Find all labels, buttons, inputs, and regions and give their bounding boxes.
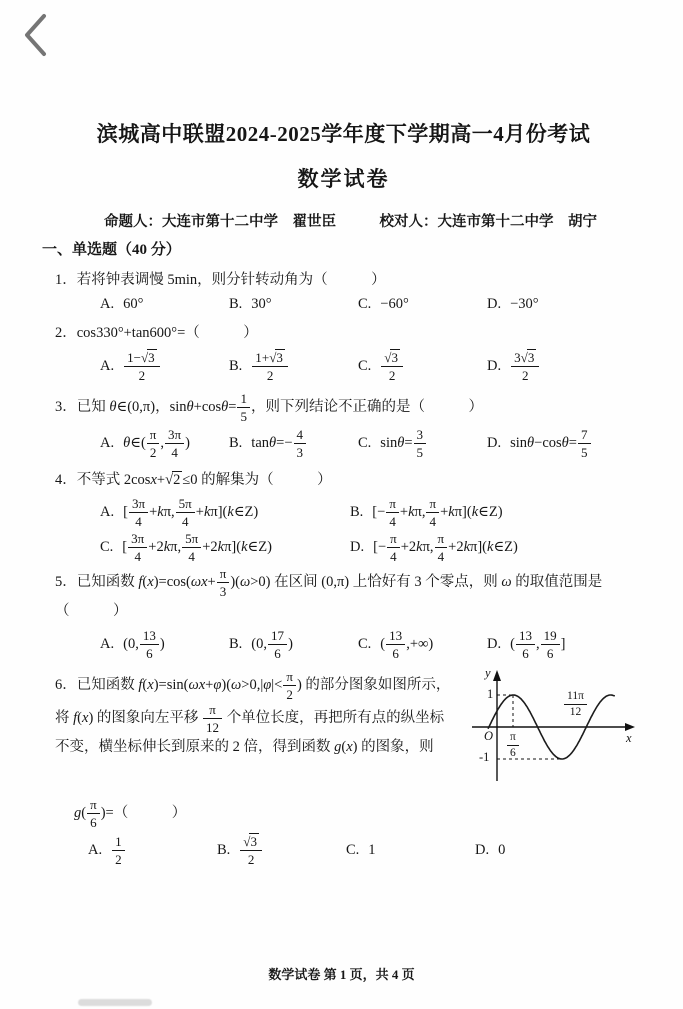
graph-y-axis-label: y <box>485 667 491 680</box>
option-value: √32 <box>380 350 404 383</box>
options-row: A.(0,136) B.(0,176) C.(136,+∞) D.(136,19… <box>44 628 643 661</box>
option-value: (136,196] <box>510 628 565 661</box>
graph-peak-x-label: π6 <box>506 731 520 760</box>
option-label: D. <box>487 296 501 313</box>
option-label: B. <box>350 504 363 521</box>
option: B.√32 <box>217 834 346 867</box>
option: A.θ∈(π2,3π4) <box>100 427 229 460</box>
option-label: B. <box>217 842 230 859</box>
option-label: C. <box>100 539 113 556</box>
option-value: 60° <box>123 296 143 313</box>
option: A.(0,136) <box>100 628 229 661</box>
option: D.sinθ−cosθ=75 <box>487 427 592 460</box>
option-label: A. <box>100 636 114 653</box>
option: A.60° <box>100 296 229 313</box>
screen: { "chrome": { "back_icon": "chevron-left… <box>0 0 683 1009</box>
option-value: θ∈(π2,3π4) <box>123 427 190 460</box>
option-label: D. <box>350 539 364 556</box>
options-row: A.θ∈(π2,3π4) B.tanθ=−43 C.sinθ=35 D.sinθ… <box>44 427 643 460</box>
chevron-left-icon <box>20 12 50 58</box>
option: A.[3π4+kπ,5π4+kπ](k∈Z) <box>100 496 350 529</box>
option-label: C. <box>358 296 371 313</box>
question-6: y x O 1 -1 π6 11π12 6．已知函数 f(x)=sin(ωx+φ… <box>44 669 643 867</box>
option: C.(136,+∞) <box>358 628 487 661</box>
option-value: 1+√32 <box>251 350 289 383</box>
question-equation: g(π6)=（ ） <box>44 797 643 830</box>
option-value: tanθ=−43 <box>251 427 307 460</box>
option-value: √32 <box>239 834 263 867</box>
option-value: sinθ=35 <box>380 427 427 460</box>
section-heading: 一、单选题（40 分） <box>42 238 643 259</box>
option: C.√32 <box>358 350 487 383</box>
exam-title: 滨城高中联盟2024-2025学年度下学期高一4月份考试 <box>44 118 643 148</box>
option-value: 3√32 <box>510 350 540 383</box>
question-4: 4．不等式 2cosx+√2≤0 的解集为（ ） A.[3π4+kπ,5π4+k… <box>44 468 643 564</box>
option-value: 0 <box>498 842 505 859</box>
question-text: 5．已知函数 f(x)=cos(ωx+π3)(ω>0) 在区间 (0,π) 上恰… <box>44 566 643 624</box>
option-value: [3π4+kπ,5π4+kπ](k∈Z) <box>123 496 258 529</box>
option-value: [−π4+2kπ,π4+2kπ](k∈Z) <box>373 531 518 564</box>
graph-x-axis-label: x <box>626 732 632 745</box>
option-label: B. <box>229 636 242 653</box>
options-row: A.12 B.√32 C.1 D.0 <box>44 834 643 867</box>
option-value: [3π4+2kπ,5π4+2kπ](k∈Z) <box>122 531 272 564</box>
option-label: C. <box>358 636 371 653</box>
scan-edge-artifact <box>78 999 152 1006</box>
option-label: A. <box>100 435 114 452</box>
graph-ymax-tick: 1 <box>487 688 493 701</box>
option: C.sinθ=35 <box>358 427 487 460</box>
question-text: 3．已知 θ∈(0,π)，sinθ+cosθ=15，则下列结论不正确的是（ ） <box>44 391 643 424</box>
option-value: −30° <box>510 296 538 313</box>
question-1: 1．若将钟表调慢 5min，则分针转动角为（ ） A.60° B.30° C.−… <box>44 268 643 313</box>
option-label: B. <box>229 296 242 313</box>
options-row: A.60° B.30° C.−60° D.−30° <box>44 296 643 313</box>
option: B.(0,176) <box>229 628 358 661</box>
option: B.30° <box>229 296 358 313</box>
option-label: C. <box>358 435 371 452</box>
option-value: −60° <box>380 296 408 313</box>
option: D.0 <box>475 842 505 859</box>
option-label: A. <box>100 296 114 313</box>
question-text: 2．cos330°+tan600°=（ ） <box>44 321 643 346</box>
option: A.12 <box>88 834 217 867</box>
options-row: A.1−√32 B.1+√32 C.√32 D.3√32 <box>44 350 643 383</box>
question-2: 2．cos330°+tan600°=（ ） A.1−√32 B.1+√32 C.… <box>44 321 643 382</box>
option-value: (0,136) <box>123 628 165 661</box>
exam-paper: 滨城高中联盟2024-2025学年度下学期高一4月份考试 数学试卷 命题人：大连… <box>0 0 683 867</box>
option-value: 12 <box>111 834 126 867</box>
option: D.(136,196] <box>487 628 566 661</box>
option: A.1−√32 <box>100 350 229 383</box>
graph-zero-x-label: 11π12 <box>563 690 588 719</box>
option: D.−30° <box>487 296 539 313</box>
option: B.tanθ=−43 <box>229 427 358 460</box>
byline: 命题人：大连市第十二中学 翟世臣 校对人：大连市第十二中学 胡宁 <box>44 210 643 231</box>
question-text: 4．不等式 2cosx+√2≤0 的解集为（ ） <box>44 468 643 493</box>
option-label: C. <box>346 842 359 859</box>
option-value: (136,+∞) <box>380 628 433 661</box>
option-value: 1 <box>368 842 375 859</box>
question-3: 3．已知 θ∈(0,π)，sinθ+cosθ=15，则下列结论不正确的是（ ） … <box>44 391 643 460</box>
option: C.−60° <box>358 296 487 313</box>
option-value: sinθ−cosθ=75 <box>510 427 591 460</box>
option-label: A. <box>100 358 114 375</box>
page-footer: 数学试卷 第 1 页，共 4 页 <box>0 964 683 983</box>
option: D.[−π4+2kπ,π4+2kπ](k∈Z) <box>350 531 518 564</box>
option: C.1 <box>346 842 475 859</box>
option-label: A. <box>100 504 114 521</box>
option: B.1+√32 <box>229 350 358 383</box>
option-label: D. <box>487 358 501 375</box>
exam-subtitle: 数学试卷 <box>44 163 643 193</box>
option-value: (0,176) <box>251 628 293 661</box>
options-row: C.[3π4+2kπ,5π4+2kπ](k∈Z) D.[−π4+2kπ,π4+2… <box>44 531 643 564</box>
option-label: D. <box>487 435 501 452</box>
option-label: A. <box>88 842 102 859</box>
option-label: D. <box>487 636 501 653</box>
back-button[interactable] <box>20 12 50 58</box>
option-label: C. <box>358 358 371 375</box>
option-value: [−π4+kπ,π4+kπ](k∈Z) <box>372 496 502 529</box>
question-5: 5．已知函数 f(x)=cos(ωx+π3)(ω>0) 在区间 (0,π) 上恰… <box>44 566 643 660</box>
function-graph: y x O 1 -1 π6 11π12 <box>465 669 643 795</box>
graph-ymin-tick: -1 <box>479 751 489 764</box>
option: D.3√32 <box>487 350 540 383</box>
graph-origin-label: O <box>484 730 493 743</box>
question-text: 1．若将钟表调慢 5min，则分针转动角为（ ） <box>44 268 643 293</box>
option-label: B. <box>229 358 242 375</box>
option-label: D. <box>475 842 489 859</box>
option-value: 1−√32 <box>123 350 161 383</box>
option: B.[−π4+kπ,π4+kπ](k∈Z) <box>350 496 503 529</box>
options-row: A.[3π4+kπ,5π4+kπ](k∈Z) B.[−π4+kπ,π4+kπ](… <box>44 496 643 529</box>
option: C.[3π4+2kπ,5π4+2kπ](k∈Z) <box>100 531 350 564</box>
option-label: B. <box>229 435 242 452</box>
option-value: 30° <box>251 296 271 313</box>
